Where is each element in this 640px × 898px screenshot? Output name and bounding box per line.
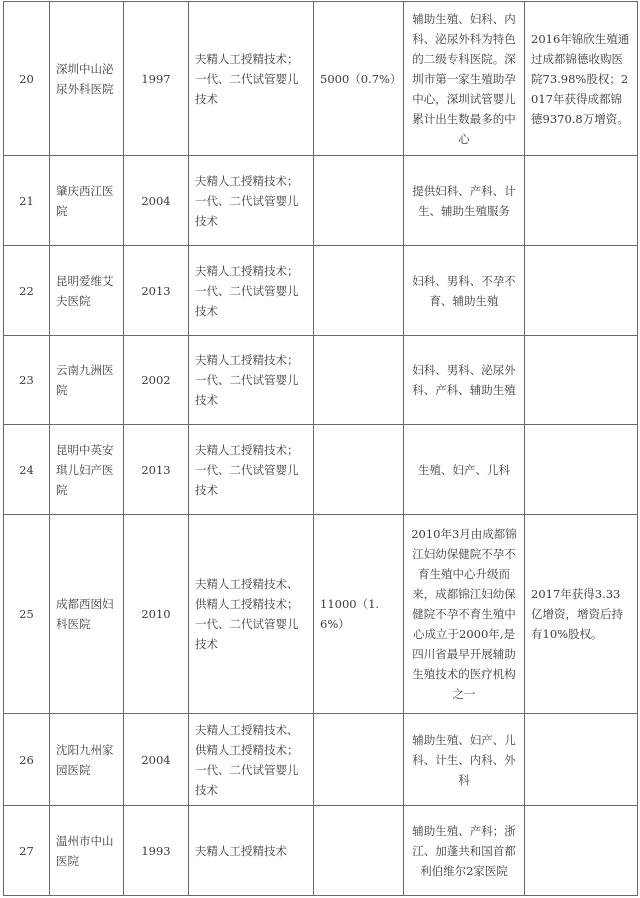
row-number: 27	[4, 806, 50, 896]
investment-note	[525, 425, 638, 515]
investment-note	[525, 246, 638, 336]
hospital-description: 辅助生殖、妇产、儿科、计生、内科、外科	[404, 714, 525, 806]
hospital-description: 2010年3月由成都锦江妇幼保健院不孕不育生殖中心升级而来，成都锦江妇幼保健院不…	[404, 515, 525, 714]
investment-note	[525, 714, 638, 806]
hospital-name: 云南九洲医院	[50, 336, 124, 425]
founded-year: 2010	[124, 515, 189, 714]
row-number: 25	[4, 515, 50, 714]
table-row: 25 成都西囡妇科医院 2010 夫精人工授精技术、供精人工授精技术；一代、二代…	[4, 515, 638, 714]
cycle-volume	[314, 714, 404, 806]
licensed-technology: 夫精人工授精技术；一代、二代试管婴儿技术	[189, 2, 314, 156]
founded-year: 1993	[124, 806, 189, 896]
cycle-volume	[314, 336, 404, 425]
licensed-technology: 夫精人工授精技术；一代、二代试管婴儿技术	[189, 336, 314, 425]
hospital-name: 昆明中英安琪儿妇产医院	[50, 425, 124, 515]
row-number: 21	[4, 156, 50, 246]
table-row: 22 昆明爱维艾夫医院 2013 夫精人工授精技术；一代、二代试管婴儿技术 妇科…	[4, 246, 638, 336]
hospital-description: 妇科、男科、泌尿外科、产科、辅助生殖	[404, 336, 525, 425]
licensed-technology: 夫精人工授精技术；一代、二代试管婴儿技术	[189, 156, 314, 246]
licensed-technology: 夫精人工授精技术；一代、二代试管婴儿技术	[189, 246, 314, 336]
licensed-technology: 夫精人工授精技术、供精人工授精技术；一代、二代试管婴儿技术	[189, 714, 314, 806]
hospital-name: 深圳中山泌尿外科医院	[50, 2, 124, 156]
row-number: 24	[4, 425, 50, 515]
licensed-technology: 夫精人工授精技术、供精人工授精技术；一代、二代试管婴儿技术	[189, 515, 314, 714]
row-number: 23	[4, 336, 50, 425]
investment-note: 2017年获得3.33亿增资，增资后持有10%股权。	[525, 515, 638, 714]
hospital-name: 肇庆西江医院	[50, 156, 124, 246]
licensed-technology: 夫精人工授精技术	[189, 806, 314, 896]
cycle-volume: 5000（0.7%）	[314, 2, 404, 156]
cycle-volume	[314, 246, 404, 336]
table-row: 23 云南九洲医院 2002 夫精人工授精技术；一代、二代试管婴儿技术 妇科、男…	[4, 336, 638, 425]
cycle-volume	[314, 806, 404, 896]
founded-year: 2013	[124, 425, 189, 515]
table-row: 20 深圳中山泌尿外科医院 1997 夫精人工授精技术；一代、二代试管婴儿技术 …	[4, 2, 638, 156]
table-row: 21 肇庆西江医院 2004 夫精人工授精技术；一代、二代试管婴儿技术 提供妇科…	[4, 156, 638, 246]
cycle-volume	[314, 156, 404, 246]
licensed-technology: 夫精人工授精技术；一代、二代试管婴儿技术	[189, 425, 314, 515]
hospital-name: 昆明爱维艾夫医院	[50, 246, 124, 336]
row-number: 22	[4, 246, 50, 336]
row-number: 20	[4, 2, 50, 156]
investment-note	[525, 156, 638, 246]
table-row: 27 温州市中山医院 1993 夫精人工授精技术 辅助生殖、产科；浙江、加蓬共和…	[4, 806, 638, 896]
investment-note	[525, 336, 638, 425]
table-body: 20 深圳中山泌尿外科医院 1997 夫精人工授精技术；一代、二代试管婴儿技术 …	[4, 2, 638, 896]
cycle-volume: 11000（1.6%）	[314, 515, 404, 714]
table-row: 24 昆明中英安琪儿妇产医院 2013 夫精人工授精技术；一代、二代试管婴儿技术…	[4, 425, 638, 515]
investment-note	[525, 806, 638, 896]
founded-year: 1997	[124, 2, 189, 156]
hospital-description: 辅助生殖、产科；浙江、加蓬共和国首都利伯维尔2家医院	[404, 806, 525, 896]
founded-year: 2004	[124, 156, 189, 246]
founded-year: 2013	[124, 246, 189, 336]
investment-note: 2016年锦欣生殖通过成都锦德收购医院73.98%股权；2017年获得成都锦德9…	[525, 2, 638, 156]
hospital-name: 温州市中山医院	[50, 806, 124, 896]
hospital-description: 辅助生殖、妇科、内科、泌尿外科为特色的二级专科医院。深圳市第一家生殖助孕中心，深…	[404, 2, 525, 156]
table-row: 26 沈阳九州家园医院 2004 夫精人工授精技术、供精人工授精技术；一代、二代…	[4, 714, 638, 806]
hospital-table: 20 深圳中山泌尿外科医院 1997 夫精人工授精技术；一代、二代试管婴儿技术 …	[3, 1, 638, 896]
founded-year: 2002	[124, 336, 189, 425]
hospital-description: 生殖、妇产、儿科	[404, 425, 525, 515]
hospital-description: 提供妇科、产科、计生、辅助生殖服务	[404, 156, 525, 246]
cycle-volume	[314, 425, 404, 515]
hospital-name: 成都西囡妇科医院	[50, 515, 124, 714]
row-number: 26	[4, 714, 50, 806]
hospital-description: 妇科、男科、不孕不育、辅助生殖	[404, 246, 525, 336]
founded-year: 2004	[124, 714, 189, 806]
hospital-name: 沈阳九州家园医院	[50, 714, 124, 806]
